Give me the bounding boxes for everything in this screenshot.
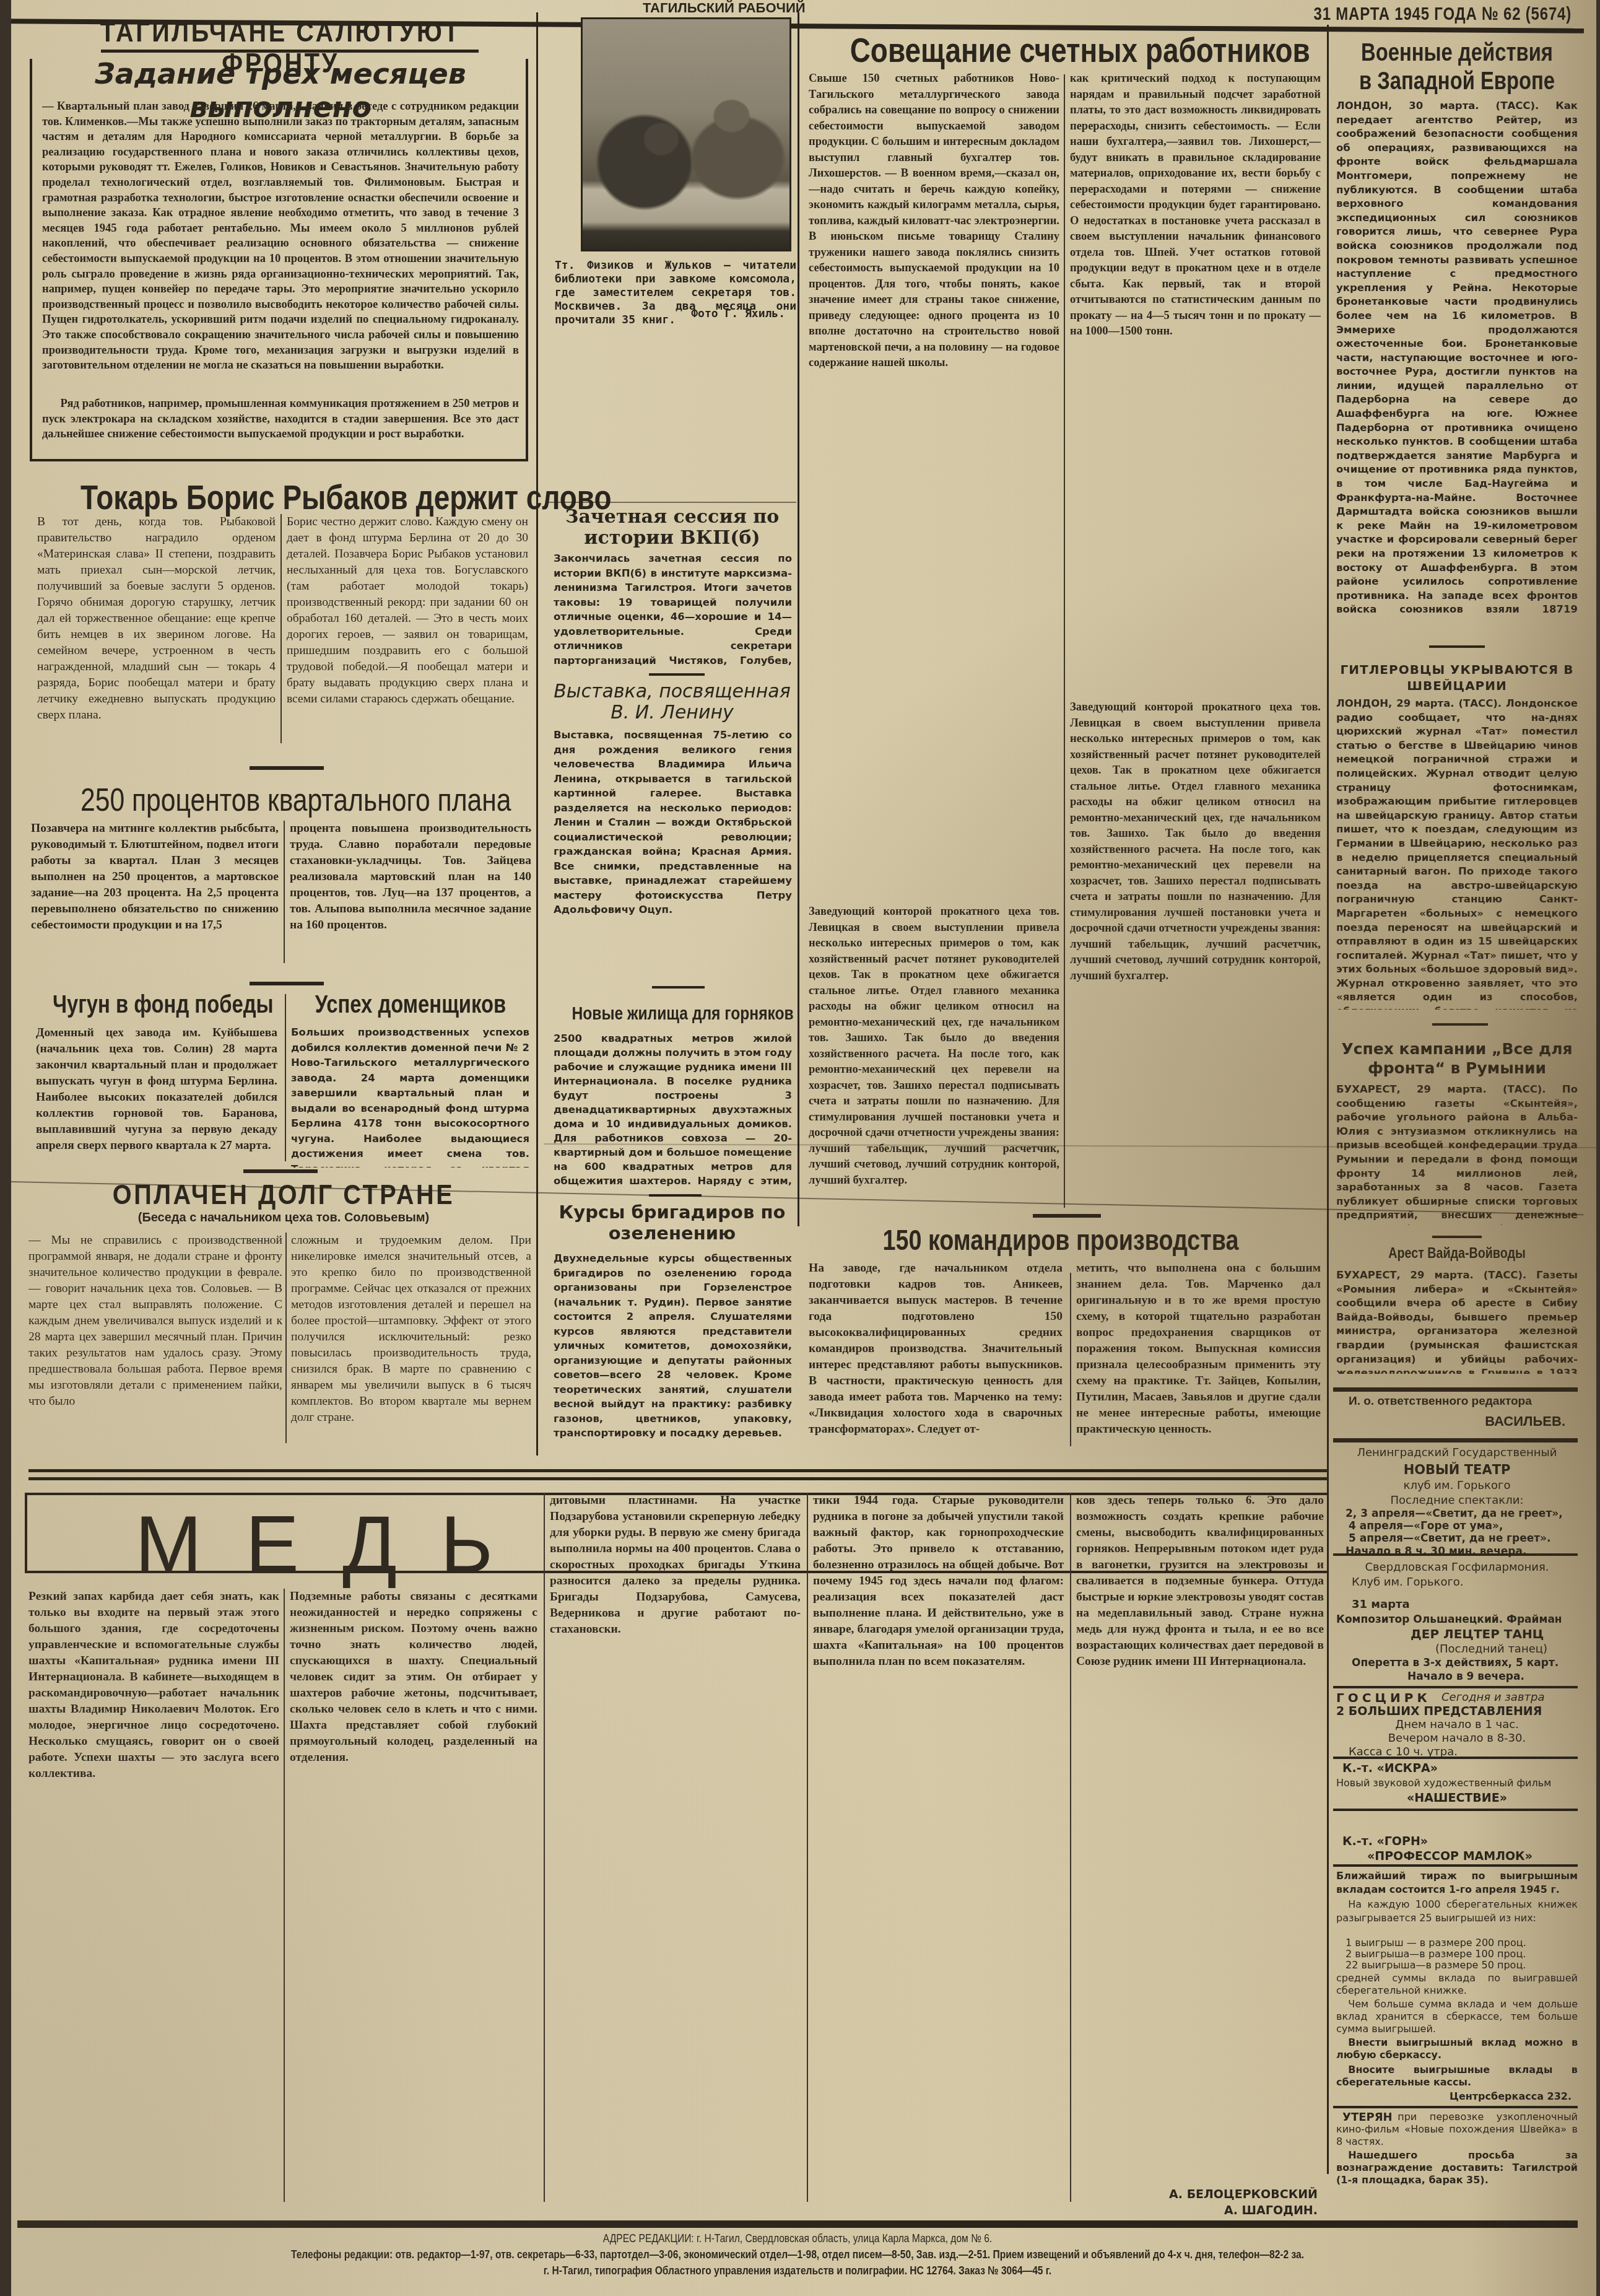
- med-author-2: А. ШАГОДИН.: [1138, 2204, 1318, 2217]
- arest-body: БУХАРЕСТ, 29 марта. (ТАСС). Газеты «Ромы…: [1336, 1268, 1578, 1374]
- soveshchanie-col3: Заведующий конторой прокатного цеха тов.…: [1070, 700, 1321, 1202]
- voennye-body: ЛОНДОН, 30 марта. (ТАСС). Как передает а…: [1336, 99, 1578, 619]
- soveshchanie-col2: как критический подход к поступающим нар…: [1070, 71, 1321, 691]
- philharmonic-line1: Свердловская Госфилармония.: [1336, 1560, 1578, 1576]
- ad-divider: [1333, 1686, 1578, 1688]
- column-divider: [285, 1233, 287, 1443]
- voennye-title: Военные действия в Западной Европе: [1355, 38, 1559, 95]
- zadanie-body: — Квартальный план завод завершил 26 мар…: [42, 99, 519, 393]
- theatre-name: НОВЫЙ ТЕАТР: [1336, 1462, 1578, 1478]
- lottery-intro: На каждую 1000 сберегательных книжек раз…: [1336, 1898, 1578, 1939]
- med-col2: Подземные работы связаны с десятками нео…: [290, 1589, 537, 2202]
- ad-divider: [1333, 1757, 1578, 1759]
- theatre-show-3: 5 апреля—«Светит, да не греет».: [1349, 1532, 1581, 1545]
- vystavka-title: Выставка, посвященная В. И. Ленину: [550, 681, 794, 723]
- zachet-title: Зачетная сессия по истории ВКП(б): [550, 507, 794, 549]
- soveshchanie-col1-cont: Заведующий конторой прокатного цеха тов.…: [809, 904, 1059, 1202]
- med-col3: дитовыми пластинами. На участке Подзаруб…: [550, 1493, 801, 2202]
- kursy-body: Двухнедельные курсы общественных бригади…: [554, 1251, 792, 1449]
- footer-printer: г. Н-Тагил, типография Областного управл…: [153, 2264, 1443, 2278]
- photo-readers: [581, 17, 791, 251]
- ad-divider: [1333, 2106, 1578, 2108]
- theatre-start: Начало в 8 ч. 30 мин. вечера.: [1346, 1545, 1578, 1558]
- komandiry-col2: метить, что выполнена она с большим знан…: [1076, 1260, 1321, 1446]
- separator-rule: [250, 766, 324, 770]
- separator-rule: [649, 673, 705, 676]
- rybakov-col2: Борис честно держит слово. Каждую смену …: [287, 514, 528, 749]
- theatre-show-2: 4 апреля—«Горе от ума»,: [1349, 1520, 1581, 1532]
- gorn-film: «ПРОФЕССОР МАМЛОК»: [1367, 1848, 1578, 1864]
- med-author-1: А. БЕЛОЦЕРКОВСКИЙ: [1138, 2188, 1318, 2201]
- separator-rule: [1429, 645, 1485, 648]
- footer-phones: Телефоны редакции: отв. редактор—1-97, о…: [153, 2248, 1443, 2262]
- med-rule-1: [28, 1469, 1329, 1472]
- footer-address: АДРЕС РЕДАКЦИИ: г. Н-Тагил, Свердловская…: [153, 2232, 1443, 2246]
- iskra-desc: Новый звуковой художественный фильм: [1336, 1775, 1578, 1791]
- editor-label: И. о. ответственного редактора: [1349, 1395, 1572, 1408]
- zachet-body: Закончилась зачетная сессия по истории В…: [554, 551, 792, 669]
- dolg-col1: — Мы не справились с производственной пр…: [28, 1233, 282, 1446]
- separator-rule: [243, 1169, 318, 1173]
- rybakov-col1: В тот день, когда тов. Рыбаковой правите…: [37, 514, 276, 749]
- theatre-line1: Ленинградский Государственный: [1336, 1445, 1578, 1461]
- rybakov-title: Токарь Борис Рыбаков держит слово: [80, 477, 487, 517]
- column-divider: [284, 1589, 285, 2202]
- separator-rule: [652, 986, 705, 989]
- plan250-col1: Позавчера на митинге коллектив рыбсбыта,…: [31, 821, 279, 969]
- zhilishcha-body: 2500 квадратных метров жилой площади дол…: [554, 1031, 792, 1189]
- plan250-col2: процента повышена производительность тру…: [290, 821, 531, 969]
- lottery-prize-1: 1 выигрыш — в размере 200 проц.: [1346, 1937, 1581, 1949]
- photo-credit: Фото Г. Яхиль.: [661, 307, 785, 321]
- komandiry-title: 150 командиров производства: [850, 1223, 1272, 1257]
- kursy-title: Курсы бригадиров по озеленению: [550, 1202, 794, 1244]
- lost-reward: Нашедшего просьба за вознаграждение дост…: [1336, 2149, 1578, 2189]
- editor-rule-bottom: [1333, 1438, 1578, 1443]
- zhilishcha-title: Новые жилища для горняков: [572, 1003, 773, 1024]
- iskra-film: «НАШЕСТВИЕ»: [1336, 1790, 1578, 1806]
- philharmonic-title: ДЕР ЛЕЦТЕР ТАНЦ: [1411, 1626, 1584, 1642]
- dolg-subtitle: (Беседа с начальником цеха тов. Соловьев…: [36, 1211, 531, 1225]
- med-col1: Резкий запах карбида дает себя знать, ка…: [28, 1589, 279, 2202]
- column-divider: [285, 994, 286, 1161]
- banner-underline: [101, 50, 479, 53]
- column-divider: [1070, 1273, 1071, 1446]
- column-divider: [1327, 25, 1329, 2174]
- med-col5: ков здесь теперь только 6. Это дало возм…: [1076, 1493, 1324, 2155]
- uspekh-domen-title: Успех доменщиков: [311, 991, 510, 1019]
- lottery-more: Чем больше сумма вклада и чем дольше вкл…: [1336, 1998, 1578, 2036]
- column-divider: [1070, 1493, 1071, 2202]
- column-divider: [798, 12, 799, 1226]
- zadanie-body-2: Ряд работников, например, промышленная к…: [42, 396, 519, 455]
- column-divider: [807, 1493, 808, 2202]
- soveshchanie-title: Совещание счетных работников: [850, 30, 1272, 70]
- rumynia-body: БУХАРЕСТ, 29 марта. (ТАСС). По сообщению…: [1336, 1083, 1578, 1225]
- chugun-body: Доменный цех завода им. Куйбышева (начал…: [36, 1025, 277, 1168]
- separator-rule: [1432, 1236, 1482, 1238]
- ad-divider: [1333, 1809, 1578, 1811]
- med-rule-2: [28, 1477, 1329, 1480]
- theatre-subtitle: Последние спектакли:: [1336, 1493, 1578, 1509]
- rumynia-title: Успех кампании „Все для фронта“ в Румыни…: [1336, 1039, 1578, 1078]
- philharmonic-line2: Клуб им. Горького.: [1352, 1574, 1575, 1591]
- uspekh-domen-body: Больших производственных успехов добился…: [291, 1025, 529, 1168]
- plan250-title: 250 процентов квартального плана: [80, 782, 487, 819]
- philharmonic-start: Начало в 9 вечера.: [1407, 1669, 1581, 1685]
- editor-name: ВАСИЛЬЕВ.: [1349, 1413, 1565, 1430]
- vystavka-body: Выставка, посвященная 75-летию со дня ро…: [554, 728, 792, 972]
- separator-rule: [1033, 1214, 1101, 1218]
- lottery-cta: Вносите выигрышные вклады в сберегательн…: [1336, 2064, 1578, 2090]
- gitlerovcy-title: ГИТЛЕРОВЦЫ УКРЫВАЮТСЯ В ШВЕЙЦАРИИ: [1336, 661, 1578, 694]
- issue-dateline: 31 МАРТА 1945 ГОДА № 62 (5674): [1126, 4, 1572, 25]
- komandiry-col1: На заводе, где начальником отдела подгот…: [809, 1260, 1063, 1446]
- lottery-deposit: Внести выигрышный вклад можно в любую сб…: [1336, 2036, 1578, 2062]
- theatre-show-1: 2, 3 апреля—«Светит, да не греет»,: [1346, 1508, 1581, 1520]
- dolg-col2: сложным и трудоемким делом. При никелиро…: [291, 1233, 531, 1446]
- separator-rule: [1432, 1023, 1488, 1026]
- gitlerovcy-body: ЛОНДОН, 29 марта. (ТАСС). Лондонское рад…: [1336, 697, 1578, 1010]
- lottery-lead: Ближайший тираж по выигрышным вкладам со…: [1336, 1869, 1578, 1898]
- column-divider: [1064, 74, 1065, 1208]
- iskra-name: К.-т. «ИСКРА»: [1342, 1760, 1578, 1776]
- lost-text: при перевозке узкопленочный кино-фильм «…: [1336, 2111, 1578, 2150]
- column-divider: [284, 821, 285, 963]
- separator-rule: [250, 982, 324, 985]
- gorn-name: К.-т. «ГОРН»: [1342, 1833, 1578, 1849]
- lottery-prize-3: 22 выигрыша—в размере 50 проц.: [1346, 1960, 1581, 1971]
- lottery-prize-2: 2 выигрыша—в размере 100 проц.: [1346, 1949, 1581, 1960]
- arest-title: Арест Вайда-Войводы: [1358, 1245, 1556, 1262]
- soveshchanie-col1: Свыше 150 счетных работников Ново-Тагиль…: [809, 71, 1059, 895]
- theatre-venue: клуб им. Горького: [1336, 1478, 1578, 1494]
- ad-divider: [1333, 1864, 1578, 1867]
- philharmonic-date: 31 марта: [1352, 1597, 1575, 1613]
- masthead-strip: ТАГИЛЬСКИЙ РАБОЧИЙ: [643, 0, 806, 16]
- column-divider: [536, 12, 538, 1456]
- editor-rule-top: [1333, 1387, 1578, 1392]
- wavy-rule: [549, 502, 796, 503]
- chugun-title: Чугун в фонд победы: [53, 991, 261, 1019]
- ad-divider: [1333, 1553, 1578, 1556]
- column-divider: [280, 514, 282, 743]
- column-divider: [544, 1493, 545, 2202]
- lottery-sign: Центрсберкасса 232.: [1349, 2089, 1572, 2105]
- lottery-note: средней суммы вклада по выигравшей сбере…: [1336, 1972, 1578, 1999]
- newspaper-page: ТАГИЛЬСКИЙ РАБОЧИЙ 31 МАРТА 1945 ГОДА № …: [11, 0, 1596, 2296]
- med-col4: тики 1944 года. Старые руководители рудн…: [813, 1493, 1064, 2202]
- footer-rule: [17, 2220, 1578, 2228]
